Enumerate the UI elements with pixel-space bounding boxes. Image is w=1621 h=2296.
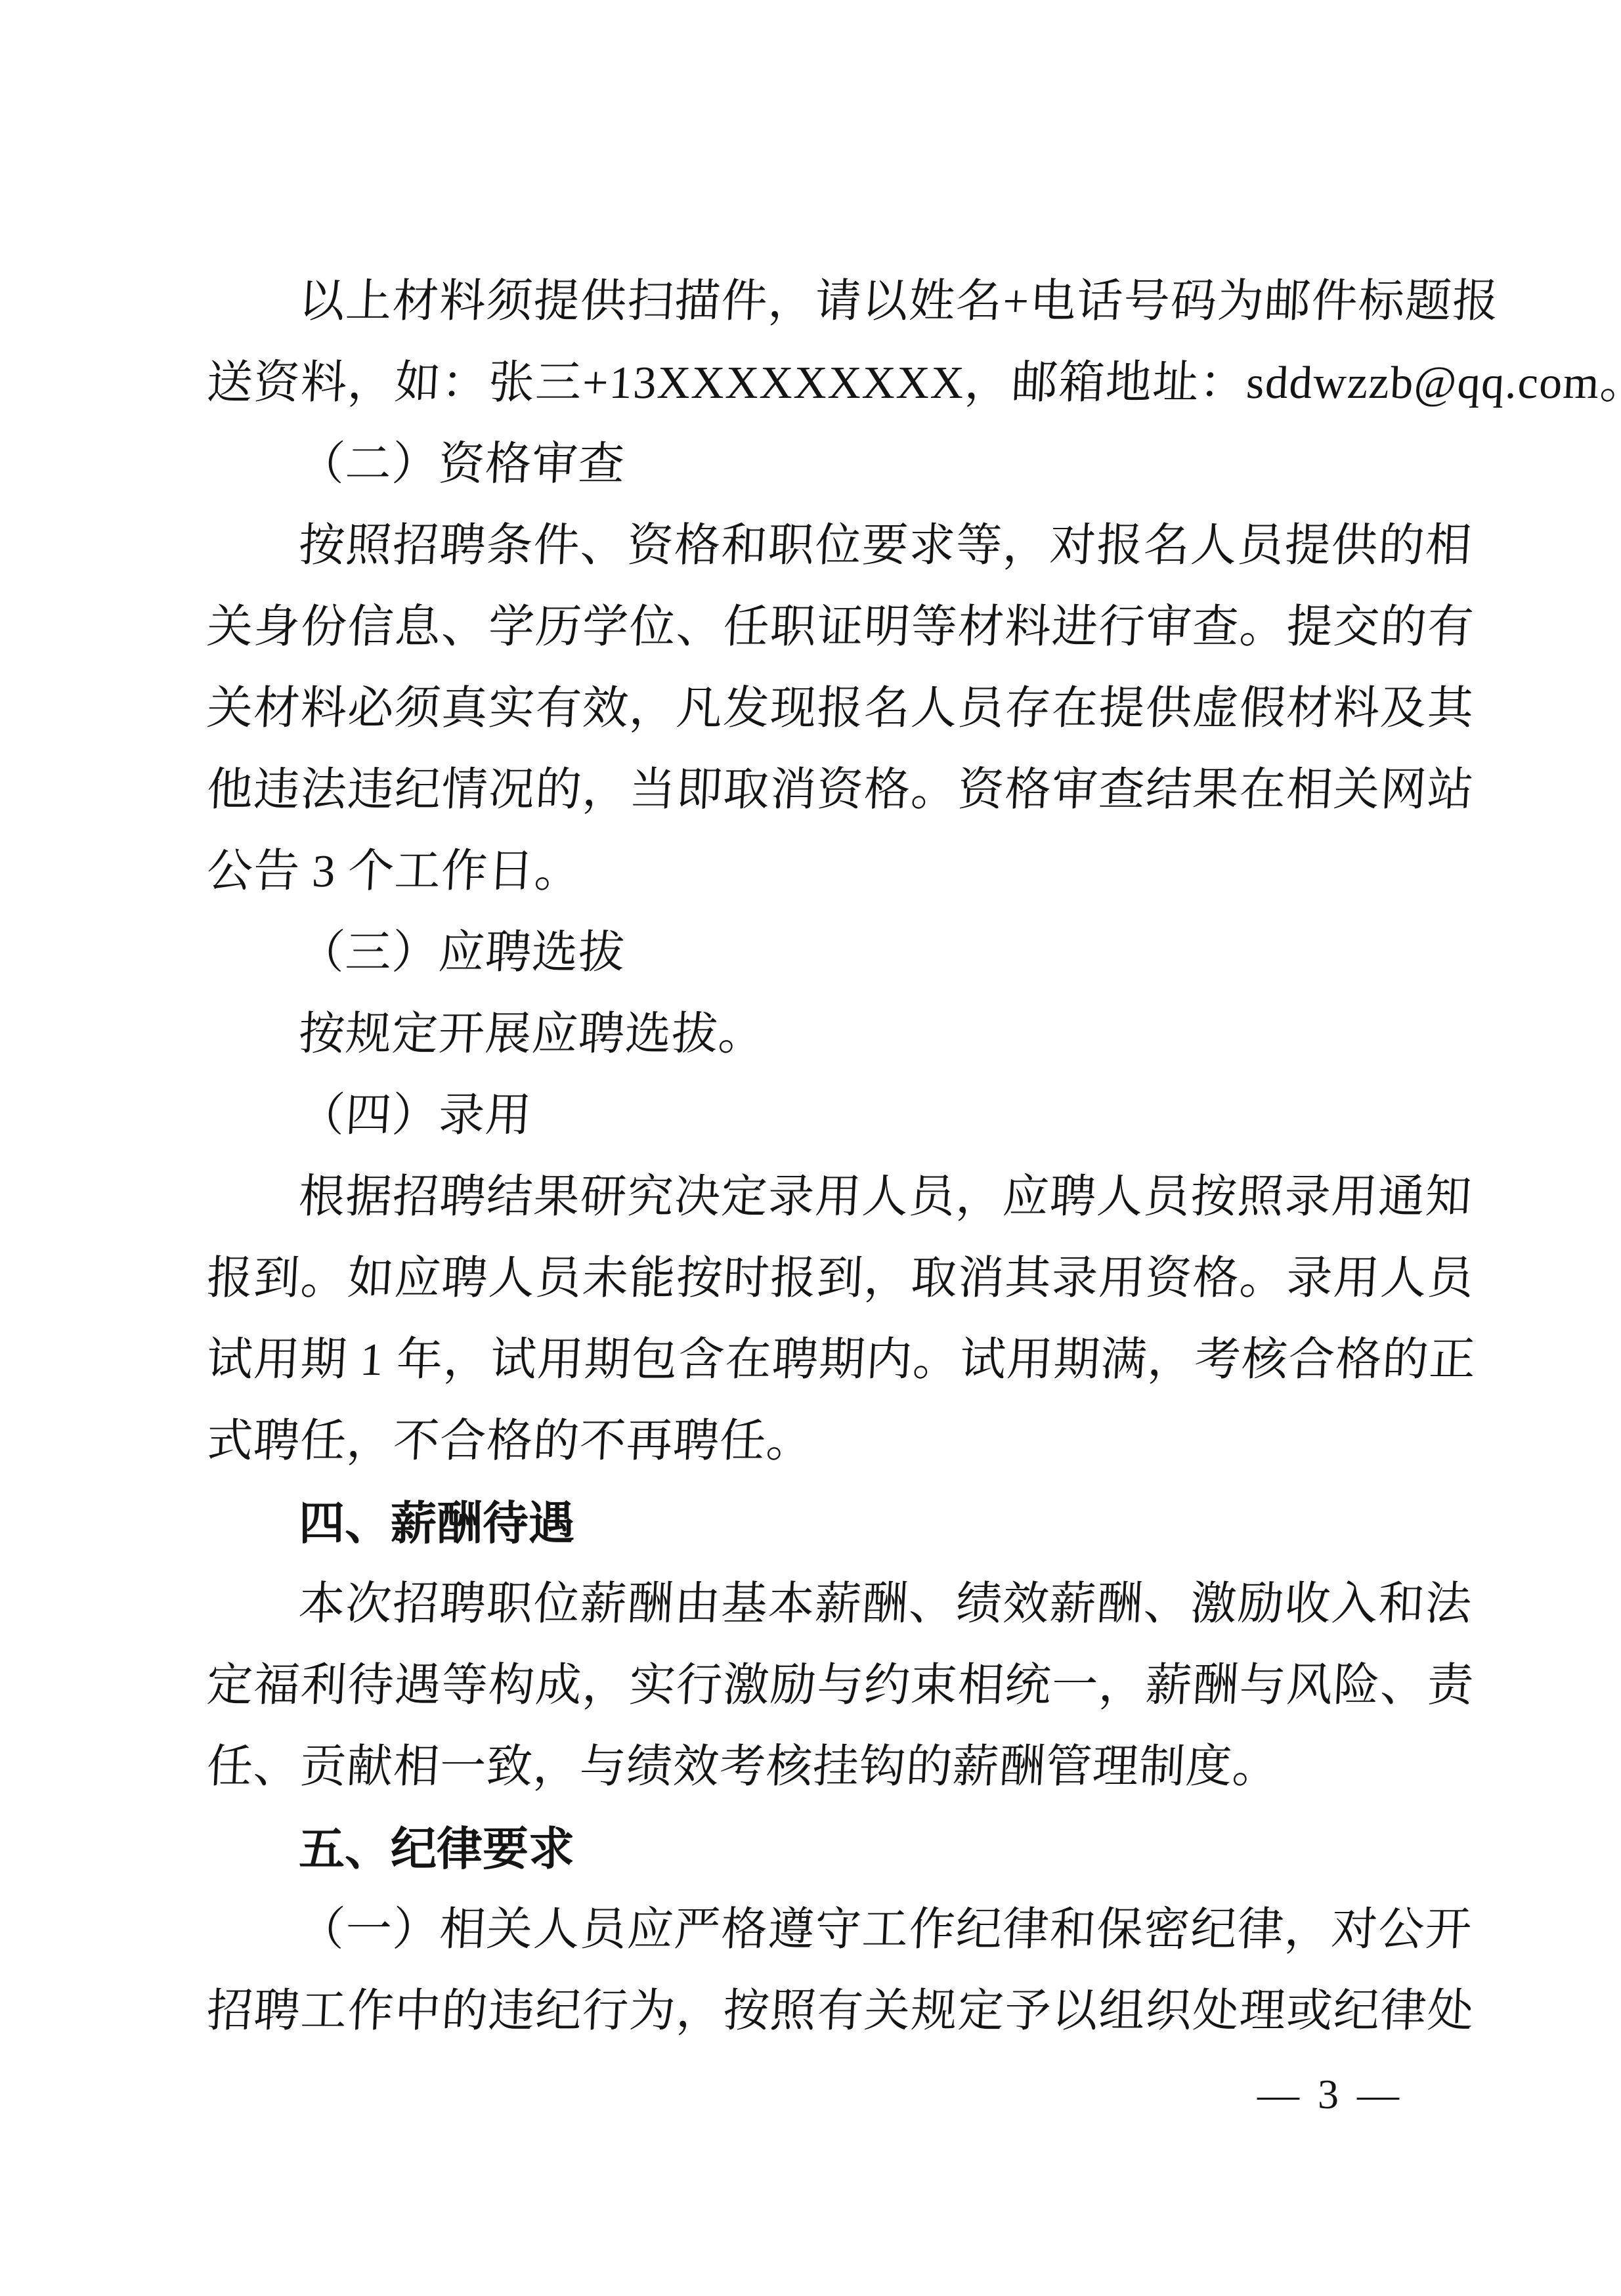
text-line: 公告 3 个工作日。 [205, 831, 1420, 913]
text-line: （二）资格审查 [205, 424, 1420, 506]
text-line: 本次招聘职位薪酬由基本薪酬、绩效薪酬、激励收入和法 [205, 1564, 1420, 1645]
text-line: 关身份信息、学历学位、任职证明等材料进行审查。提交的有 [205, 587, 1420, 668]
text-line: 式聘任，不合格的不再聘任。 [205, 1401, 1420, 1483]
text-line: 按规定开展应聘选拔。 [205, 994, 1420, 1075]
text-line: 按照招聘条件、资格和职位要求等，对报名人员提供的相 [205, 506, 1420, 587]
text-line: （三）应聘选拔 [205, 913, 1420, 994]
section-heading-line: 五、纪律要求 [207, 1808, 1418, 1890]
text-line: （一）相关人员应严格遵守工作纪律和保密纪律，对公开 [205, 1890, 1420, 1971]
text-line: 以上材料须提供扫描件，请以姓名+电话号码为邮件标题报 [205, 261, 1420, 343]
text-line: （四）录用 [205, 1075, 1420, 1157]
page-number: — 3 — [1257, 2054, 1403, 2135]
document-body: 以上材料须提供扫描件，请以姓名+电话号码为邮件标题报送资料，如：张三+13XXX… [207, 261, 1418, 2052]
text-line: 任、贡献相一致，与绩效考核挂钩的薪酬管理制度。 [205, 1727, 1420, 1808]
text-line: 试用期 1 年，试用期包含在聘期内。试用期满，考核合格的正 [205, 1320, 1420, 1401]
text-line: 关材料必须真实有效，凡发现报名人员存在提供虚假材料及其 [205, 668, 1420, 750]
document-page: 以上材料须提供扫描件，请以姓名+电话号码为邮件标题报送资料，如：张三+13XXX… [0, 0, 1621, 2296]
text-line: 报到。如应聘人员未能按时报到，取消其录用资格。录用人员 [205, 1238, 1420, 1320]
text-line: 根据招聘结果研究决定录用人员，应聘人员按照录用通知 [205, 1157, 1420, 1238]
text-line: 招聘工作中的违纪行为，按照有关规定予以组织处理或纪律处 [205, 1971, 1420, 2052]
text-line: 他违法违纪情况的，当即取消资格。资格审查结果在相关网站 [205, 750, 1420, 831]
section-heading-line: 四、薪酬待遇 [207, 1483, 1418, 1564]
text-line: 送资料，如：张三+13XXXXXXXXX，邮箱地址：sddwzzb@qq.com… [205, 343, 1420, 424]
text-line: 定福利待遇等构成，实行激励与约束相统一，薪酬与风险、责 [205, 1645, 1420, 1727]
